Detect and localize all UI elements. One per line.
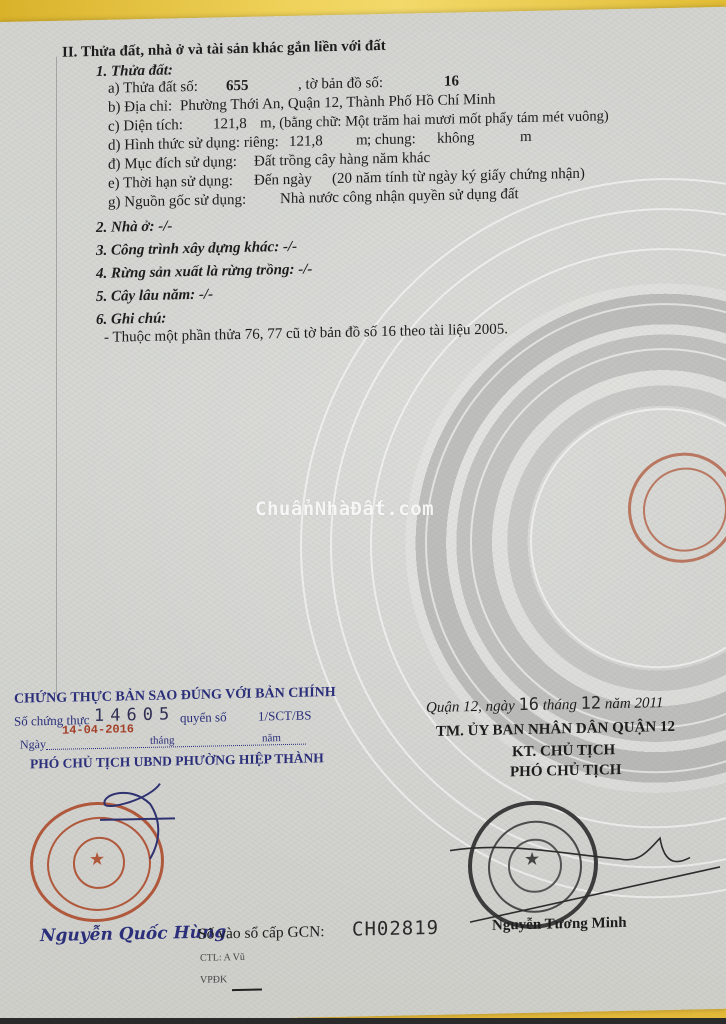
frame-border [56, 57, 57, 697]
origin-label: g) Nguồn gốc sử dụng: [108, 192, 246, 212]
purpose-label: đ) Mục đích sử dụng: [108, 154, 237, 174]
cert-year-label: năm [262, 732, 281, 744]
cert-date-label: Ngày [20, 737, 46, 753]
parcel-no-label: a) Thửa đất số: [108, 79, 198, 98]
area-unit: m [260, 115, 272, 132]
issue-year-label: năm [605, 696, 631, 713]
cert-date-stamp: 14-04-2016 [62, 722, 134, 738]
gcn-label: Số vào sổ cấp GCN: [198, 923, 325, 944]
other-item-value: -/- [283, 239, 297, 255]
issue-day: 16 [519, 695, 539, 715]
other-item-house: 2. Nhà ở: -/- [96, 218, 172, 237]
issuer-role-1: KT. CHỦ TỊCH [512, 742, 615, 761]
cert-month-label: tháng [150, 734, 174, 747]
notes-heading: 6. Ghi chú: [96, 311, 166, 329]
address-label: b) Địa chỉ: [108, 98, 172, 116]
book-suffix: 1/SCT/BS [258, 707, 311, 724]
area-label: c) Diện tích: [108, 117, 183, 136]
gcn-number: CH02819 [352, 917, 439, 941]
area-value: 121,8 [213, 116, 247, 134]
usage-common-label: ; chung: [367, 131, 416, 149]
issue-month: 12 [581, 693, 601, 713]
place-date-prefix: Quận 12, ngày [426, 698, 515, 716]
other-item-value: -/- [199, 287, 213, 303]
usage-common-value: không [437, 130, 475, 148]
land-parcel-heading: 1. Thửa đất: [96, 62, 173, 81]
other-item-label: 2. Nhà ở: [96, 219, 154, 236]
other-item-label: 4. Rừng sản xuất là rừng trồng: [96, 262, 294, 282]
term-label: e) Thời hạn sử dụng: [108, 173, 233, 193]
map-sheet-no: 16 [444, 73, 459, 90]
parcel-no: 655 [226, 78, 249, 95]
map-sheet-label: , tờ bản đồ số: [298, 75, 383, 94]
usage-common-unit: m [520, 129, 532, 146]
term-value: Đến ngày [254, 171, 312, 189]
book-label: quyển số [180, 709, 227, 726]
other-item-perennial: 5. Cây lâu năm: -/- [96, 287, 213, 306]
usage-form-label: d) Hình thức sử dụng: riêng: [108, 134, 279, 155]
ctl-label: CTL: A Vũ [200, 952, 245, 964]
issuer-role-2: PHÓ CHỦ TỊCH [510, 762, 621, 781]
usage-private-unit: m [356, 132, 368, 149]
issuer-signer-name: Nguyễn Tương Minh [492, 915, 627, 935]
handwritten-signature-left [90, 778, 180, 870]
usage-private-area: 121,8 [289, 133, 323, 151]
other-item-label: 5. Cây lâu năm: [96, 287, 195, 305]
handwritten-signature-right [450, 807, 726, 933]
other-item-value: -/- [298, 261, 312, 277]
vpdk-label: VPĐK [200, 974, 227, 986]
other-item-value: -/- [158, 218, 172, 234]
vpdk-initial-mark [232, 983, 262, 992]
issue-month-label: tháng [543, 697, 577, 714]
issue-year: 2011 [634, 695, 663, 712]
bottom-edge [0, 1018, 726, 1024]
other-item-label: 3. Công trình xây dựng khác: [96, 239, 279, 259]
site-watermark: ChuẩnNhàĐất.com [255, 498, 434, 520]
